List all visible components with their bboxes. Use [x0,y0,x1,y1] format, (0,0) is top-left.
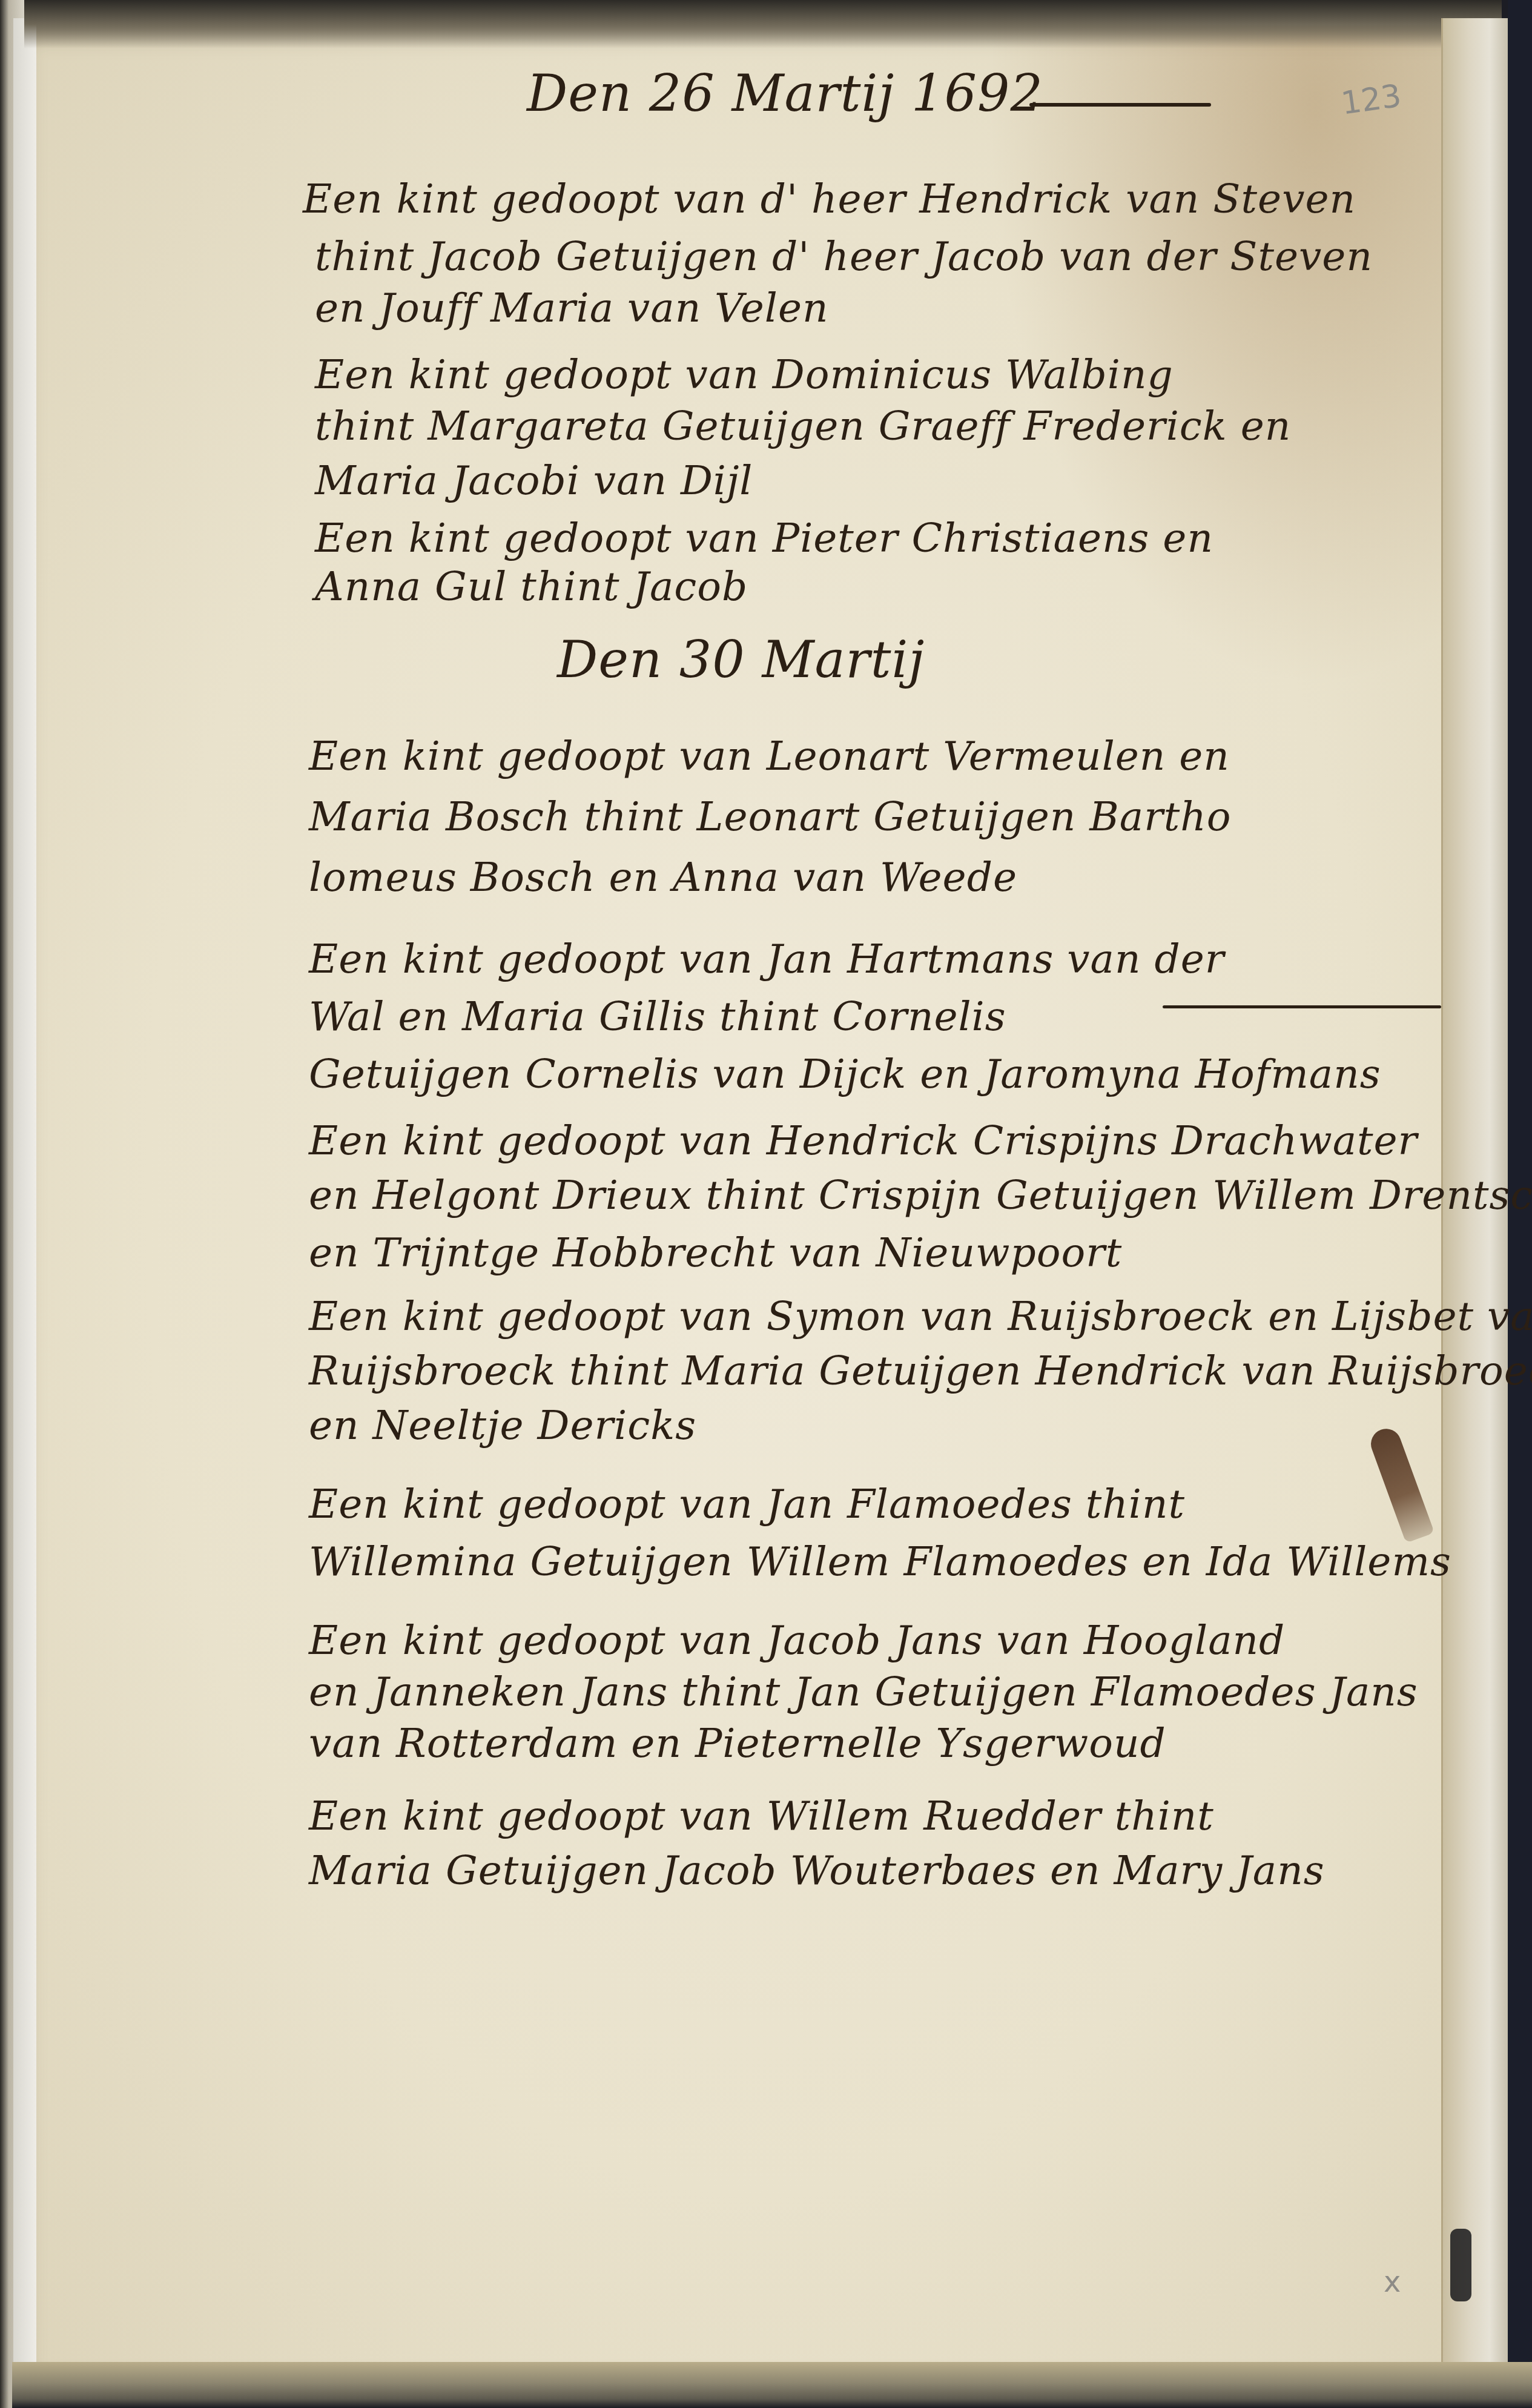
entry-line: Maria Jacobi van Dijl [315,457,753,504]
entry-line: Een kint gedoopt van Leonart Vermeulen e… [309,733,1230,779]
ink-blot [1450,2229,1471,2301]
entry-line: Een kint gedoopt van d' heer Hendrick va… [303,176,1356,222]
entry-line: Maria Getuijgen Jacob Wouterbaes en Mary… [309,1847,1325,1894]
date-heading: Den 30 Martij [557,630,925,689]
entry-line: Maria Bosch thint Leonart Getuijgen Bart… [309,793,1232,840]
entry-line: Anna Gul thint Jacob [315,563,748,610]
entry-line: van Rotterdam en Pieternelle Ysgerwoud [309,1720,1166,1767]
line-flourish [1163,1005,1441,1008]
entry-line: Een kint gedoopt van Jan Flamoedes thint [309,1481,1185,1527]
entry-line: Een kint gedoopt van Pieter Christiaens … [315,515,1213,561]
entry-line: Een kint gedoopt van Willem Ruedder thin… [309,1793,1214,1839]
entry-line: Een kint gedoopt van Jacob Jans van Hoog… [309,1617,1285,1664]
page-top-edge [24,0,1502,48]
date-heading: Den 26 Martij 1692 [527,64,1043,123]
entry-line: en Helgont Drieux thint Crispijn Getuijg… [309,1172,1532,1219]
heading-flourish [1029,103,1211,107]
entry-line: Een kint gedoopt van Hendrick Crispijns … [309,1117,1418,1164]
entry-line: en Janneken Jans thint Jan Getuijgen Fla… [309,1669,1418,1715]
entry-line: Getuijgen Cornelis van Dijck en Jaromyna… [309,1051,1381,1097]
entry-line: thint Margareta Getuijgen Graeff Frederi… [315,403,1291,449]
entry-line: Willemina Getuijgen Willem Flamoedes en … [309,1538,1451,1585]
pencil-corner-mark: x [1384,2265,1401,2299]
entry-line: Een kint gedoopt van Dominicus Walbing [315,351,1174,398]
entry-line: lomeus Bosch en Anna van Weede [309,854,1017,901]
entry-line: en Trijntge Hobbrecht van Nieuwpoort [309,1229,1122,1276]
entry-line: Ruijsbroeck thint Maria Getuijgen Hendri… [309,1348,1532,1394]
entry-line: Een kint gedoopt van Symon van Ruijsbroe… [309,1293,1532,1340]
page-bottom-edge [12,2362,1532,2408]
entry-line: Een kint gedoopt van Jan Hartmans van de… [309,936,1224,982]
entry-line: thint Jacob Getuijgen d' heer Jacob van … [315,233,1373,280]
entry-line: en Neeltje Dericks [309,1402,696,1449]
entry-line: Wal en Maria Gillis thint Cornelis [309,993,1006,1040]
entry-line: en Jouff Maria van Velen [315,285,828,331]
